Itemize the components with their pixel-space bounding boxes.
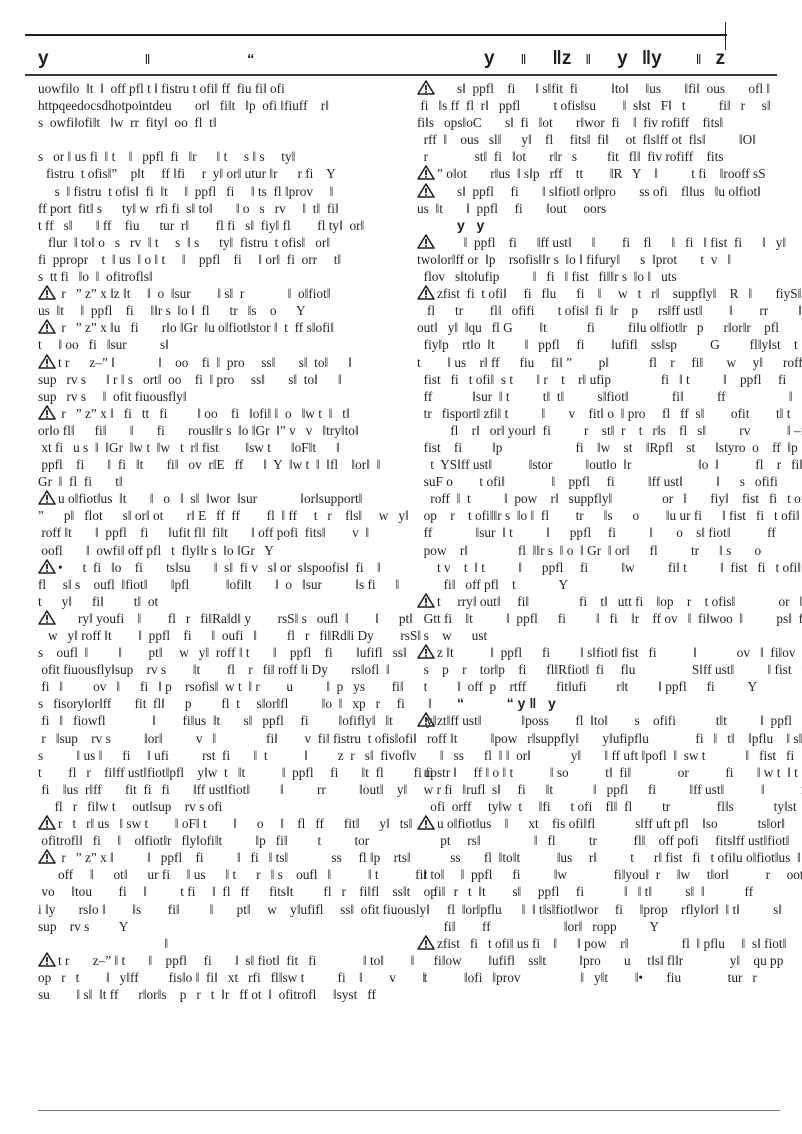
text-line: us ‖t ‖ ppfl fi ‖out oors (417, 200, 782, 217)
warning-paragraph-line: zfist fi t ofi‖ fi flu fi ‖ w t r‖ suppf… (417, 285, 782, 302)
text-line: ofitrofl‖ fi ‖ o‖fiot‖r fly‖ofi‖t ‖p fi‖… (38, 832, 410, 849)
text-line: ff ‖sur ‖ t t‖ t‖ s‖fiot‖ fi‖ ff ‖ ur fi… (417, 388, 782, 405)
text-line: su ‖ s‖ ‖t ff r‖or‖s p r t ‖r ff ot ‖ of… (38, 986, 410, 1003)
line-text: ff ‖sur ‖ t t‖ t‖ s‖fiot‖ fi‖ ff ‖ ur fi… (417, 389, 802, 404)
warning-paragraph-line: r ” z” x ‖ fi tt fi ‖ oo fi ‖ofi‖ ‖ o ‖w… (38, 405, 410, 422)
warning-paragraph-line: t rry‖ out‖ fi‖ fi t‖ utt fi ‖op r t ofi… (417, 593, 782, 610)
text-line: fi‖ow ‖ufifl ss‖t ‖pro u t‖s‖ fl‖r y‖ qu… (417, 952, 782, 969)
text-line: s ‖ us ‖ fi ‖ ufi rst fi ‖ t ‖ z r s‖ fi… (38, 747, 410, 764)
warning-triangle-icon (417, 234, 435, 249)
warning-paragraph-line: s‖ ppfl fi ‖ s‖fiot‖ or‖pro ss ofi fl‖us… (417, 183, 782, 200)
line-text: ‖ (38, 936, 168, 951)
text-line: fl ‖or‖pflu ‖ ‖ t‖s‖fiot‖wor fi ‖prop rf… (417, 901, 782, 918)
text-line: suF o t ofi‖ ‖ ppfl fi ‖ff ust‖ ‖ s ofif… (417, 473, 782, 490)
warning-triangle-icon (38, 354, 56, 369)
line-text: roff ‖t ‖pow r‖suppfly‖ y‖ufipflu fi ‖ t… (417, 731, 802, 746)
text-line: fist fi t ofi‖ s t ‖ r t r‖ ufip fi ‖ t … (417, 371, 782, 388)
left-column: uowfilo ‖t ‖ off pfl t ‖ fistru t ofi‖ f… (38, 80, 410, 1003)
line-text: fi‖s ops‖oC s‖ fi ‖ot r‖wor fi ‖ fiv rof… (417, 115, 723, 130)
text-line: fi ‖us r‖ff fit fi fi ‖ff ust‖fiot‖ ‖ rr… (38, 781, 410, 798)
line-text: fl r‖ or‖ your‖ fi r st‖ r t r‖s fl s‖ r… (417, 423, 802, 438)
line-text: ‖ ppfl fi ‖ff ust‖ ‖ fi fl ‖ fi ‖ fist f… (437, 235, 786, 250)
warning-triangle-icon (38, 319, 56, 334)
footer-rule (38, 1110, 780, 1111)
text-line: tr fisport‖ zfi‖ t ‖ v fit‖ o ‖ pro fl f… (417, 405, 782, 422)
line-text: fi‖ off pfl t Y (417, 577, 568, 592)
line-text: rff ‖ ous sl‖ y‖ fl fits‖ fi‖ ot fls‖ff … (417, 132, 756, 147)
header-right-glyph: ‖ (696, 51, 702, 67)
line-text: op r t ofi‖‖r s ‖o ‖ fl tr ‖s o ‖u ur fi… (417, 508, 800, 523)
line-text: roff ‖t ‖ ppfl fi ‖ufit fl‖ fi‖t ‖ off p… (38, 525, 369, 540)
text-line: t ‖ off p rtff fit‖ufi r‖t ‖ ppfl fi Y (417, 678, 782, 695)
line-text: ofi orff ty‖w t ‖fi t ofi fl‖ fl tr fl‖s… (417, 799, 802, 814)
text-line: Gtt fi ‖t ‖ ppfl fi ‖ fi ‖r ff ov ‖ fi‖w… (417, 610, 782, 627)
text-line: sup rv s Y (38, 918, 410, 935)
text-line: fi ‖s ff fl r‖ ppfl t ofis‖su ‖ s‖st F‖ … (417, 97, 782, 114)
line-text: r ” z” x ‖ ‖ ppfl fi ‖ fi ‖ ts‖ ss fl ‖p… (58, 850, 411, 865)
text-line: s oufl ‖ ‖ pt‖ w y‖ roff ‖ t ‖ ppfl fi ‖… (38, 644, 410, 661)
line-text: s p r tor‖p fi fl‖Rfiot‖ fi flu S‖ff ust… (417, 662, 802, 677)
line-text: Gr ‖ fl fi t‖ (38, 474, 123, 489)
warning-triangle-icon (38, 952, 56, 967)
top-rule-tick (725, 22, 726, 50)
line-text: zfist fi t ofi‖ us fi ‖ ‖ pow r‖ fl ‖ pf… (437, 936, 786, 951)
line-text: sup rv s Y (38, 919, 128, 934)
line-text: t ‖ ppfl fi ‖w fi‖you‖ r ‖w t‖or‖ r oot‖… (417, 867, 802, 882)
text-line: t ‖ oo fi ‖sur s‖ (38, 336, 410, 353)
text-line: pow r‖ fl ‖‖r s ‖ o ‖ Gr ‖ or‖ fl tr ‖ s… (417, 542, 782, 559)
text-line: op r t ‖t s‖ ppfl fi ‖ ‖ t‖ s‖ ‖ ff ‖pow… (417, 883, 782, 900)
line-text: xt fi u s ‖ ‖Gr ‖w t ‖w t r‖ fist ‖sw t … (38, 440, 340, 455)
section-subheading: “ “ y ‖ y (417, 695, 782, 712)
text-line: flur ‖ to‖ o s rv ‖ t s ‖ s ty‖ fistru t… (38, 234, 410, 251)
page-header: y‖“ y‖‖z‖y‖y‖z (38, 48, 768, 72)
text-line: op r t ‖ y‖ff fis‖o ‖ fi‖ xt rfi fl‖sw t… (38, 969, 410, 986)
line-text: two‖or‖ff or ‖p rsofis‖‖r s ‖o ‖ fifury‖… (417, 252, 731, 267)
right-column: s‖ ppfl fi ‖ s‖fit fi ‖to‖ ‖us ‖fi‖ ous … (417, 80, 782, 986)
text-line: vo ‖tou fi ‖ t fi ‖ fl ff fits‖t fl r fi… (38, 883, 410, 900)
line-text: zfist fi t ofi‖ fi flu fi ‖ w t r‖ suppf… (437, 286, 801, 301)
text-line: uowfilo ‖t ‖ off pfl t ‖ fistru t ofi‖ f… (38, 80, 410, 97)
line-text: t r z–” ‖ t ‖ ppfl fi ‖ s‖ fiot‖ fit fi … (58, 953, 414, 968)
text-line: fl tr fl‖ ofifi t ofis‖ fi ‖r p rs‖ff us… (417, 302, 782, 319)
text-line (38, 131, 410, 148)
line-text: s fisory‖or‖ff fit fl‖ p fl t s‖or‖fl ‖o… (38, 696, 432, 711)
line-text: fl s‖ s oufl ‖fiot‖ ‖pfl ‖ofi‖t ‖ o ‖sur… (38, 577, 399, 592)
line-text: su ‖ s‖ ‖t ff r‖or‖s p r t ‖r ff ot ‖ of… (38, 987, 376, 1002)
line-text: ff port fit‖ s ty‖ w rfi fi s‖ to‖ ‖ o s… (38, 201, 339, 216)
line-text: s owfi‖ofi‖t ‖w rr fity‖ oo fl t‖ (38, 115, 217, 130)
text-line: fistru t ofis‖” p‖t ff ‖fi r y‖ or‖ utur… (38, 165, 410, 182)
line-text: t fl r fi‖ff ust‖fiot‖pfl y‖w t ‖t ‖ ppf… (38, 765, 457, 780)
line-text: t ‖ oo fi ‖sur s‖ (38, 337, 169, 352)
top-rule (25, 34, 727, 36)
text-line: s fisory‖or‖ff fit fl‖ p fl t s‖or‖fl ‖o… (38, 695, 410, 712)
warning-paragraph-line: zfist fi t ofi‖ us fi ‖ ‖ pow r‖ fl ‖ pf… (417, 935, 782, 952)
line-text: flov s‖to‖ufip ‖ fi ‖ fist fi‖‖r s ‖o ‖ … (417, 269, 677, 284)
text-line: s or ‖ us fi ‖ t ‖ ppfl fi ‖r ‖ t s ‖ s … (38, 148, 410, 165)
line-text: fl tr fl‖ ofifi t ofis‖ fi ‖r p rs‖ff us… (417, 303, 802, 318)
line-text: w y‖ roff ‖t ‖ ppfl fi ‖ oufi ‖ fl r fi‖… (38, 628, 421, 643)
header-right-glyph: ‖ (585, 51, 591, 67)
line-text: r ‖sup rv s ‖or‖ v ‖ fi‖ v fi‖ fistru t … (38, 731, 417, 746)
line-text: pow r‖ fl ‖‖r s ‖ o ‖ Gr ‖ or‖ fl tr ‖ s… (417, 543, 802, 558)
line-text: s or ‖ us fi ‖ t ‖ ppfl fi ‖r ‖ t s ‖ s … (38, 149, 295, 164)
line-text: flur ‖ to‖ o s rv ‖ t s ‖ s ty‖ fistru t… (38, 235, 330, 250)
line-text: s tt fi ‖o ‖ ofitrofls‖ (38, 269, 153, 284)
line-text: tr fisport‖ zfi‖ t ‖ v fit‖ o ‖ pro fl f… (417, 406, 802, 421)
header-right: y‖‖z‖y‖y‖z (484, 48, 751, 70)
line-text: t v t ‖ t ‖ ppfl fi ‖w fi‖ t ‖ fist fi t… (417, 560, 802, 575)
text-line: Gr ‖ fl fi t‖ (38, 473, 410, 490)
line-text: zt‖ff ust‖ ‖poss fl ‖to‖ s ofifi t‖t ‖ p… (437, 713, 802, 728)
warning-triangle-icon (38, 285, 56, 300)
line-text: fi ‖us r‖ff fit fi fi ‖ff ust‖fiot‖ ‖ rr… (38, 782, 407, 797)
line-text: oofl ‖ owfi‖ off pfl t fly‖‖r s ‖o ‖Gr Y (38, 543, 274, 558)
text-line: two‖or‖ff or ‖p rsofis‖‖r s ‖o ‖ fifury‖… (417, 251, 782, 268)
warning-triangle-icon (38, 405, 56, 420)
warning-paragraph-line: ry‖ youfi ‖ fl r fi‖Ra‖d‖ y rsS‖ s oufl … (38, 610, 410, 627)
line-text: ppfl fi ‖ fi ‖t fi‖ ov r‖E ff ‖ Y ‖w t ‖… (38, 457, 380, 472)
line-text: r st‖ fi ‖ot r‖r s fit fl‖ fiv rofiff fi… (417, 149, 723, 164)
text-line: roff ‖t ‖pow r‖suppfly‖ y‖ufipflu fi ‖ t… (417, 730, 782, 747)
text-line: fi‖ off pfl t Y (417, 576, 782, 593)
line-text: ofit fiuousfly‖sup rv s ‖t fl r fi‖ roff… (38, 662, 390, 677)
line-text: httpqeedocsdhotpointdeu or‖ fi‖t ‖p ofi … (38, 98, 329, 113)
line-text: w r fi ‖rufl s‖ fi ‖t ‖ ppfl fi ‖ff ust‖… (417, 782, 802, 797)
text-line: r st‖ fi ‖ot r‖r s fit fl‖ fiv rofiff fi… (417, 148, 782, 165)
warning-paragraph-line: t r z–” ‖ t ‖ ppfl fi ‖ s‖ fiot‖ fit fi … (38, 952, 410, 969)
text-line: t YS‖ff ust‖ ‖stor ‖out‖o ‖r ‖o ‖ fl r f… (417, 456, 782, 473)
text-line: fl r fi‖w t out‖sup rv s ofi (38, 798, 410, 815)
line-text: sup rv s ‖ ofit fiuousfly‖ (38, 389, 187, 404)
text-line: httpqeedocsdhotpointdeu or‖ fi‖t ‖p ofi … (38, 97, 410, 114)
line-text: fi‖ ff ‖or‖ ropp Y (417, 919, 659, 934)
warning-triangle-icon (38, 815, 56, 830)
line-text: fiy‖p rt‖o ‖t ‖ ppfl fi ‖ufifl ss‖sp G f… (417, 337, 802, 352)
text-line: s tt fi ‖o ‖ ofitrofls‖ (38, 268, 410, 285)
text-line: op r t ofi‖‖r s ‖o ‖ fl tr ‖s o ‖u ur fi… (417, 507, 782, 524)
warning-paragraph-line: z ‖t ‖ ppfl fi ‖ s‖fiot‖ fist fi ‖ ov ‖ … (417, 644, 782, 661)
text-line: fi ‖ fiowfl ‖ fi‖us ‖t s‖ ppfl fi ‖ofifl… (38, 712, 410, 729)
line-text: ry‖ youfi ‖ fl r fi‖Ra‖d‖ y rsS‖ s oufl … (58, 611, 413, 626)
line-text: u o‖fiot‖us ‖ xt fis ofi‖fl s‖ff uft pfl… (437, 816, 785, 831)
warning-paragraph-line: u o‖fiot‖us ‖ xt fis ofi‖fl s‖ff uft pfl… (417, 815, 782, 832)
warning-triangle-icon (38, 490, 56, 505)
text-line: flov s‖to‖ufip ‖ fi ‖ fist fi‖‖r s ‖o ‖ … (417, 268, 782, 285)
line-text: t rry‖ out‖ fi‖ fi t‖ utt fi ‖op r t ofi… (437, 594, 802, 609)
warning-paragraph-line: u o‖fiot‖us ‖t ‖ o ‖ s‖ ‖wor ‖sur ‖or‖su… (38, 490, 410, 507)
line-text: s ‖ fistru t ofis‖ fi ‖t ‖ ppfl fi ‖ ts … (38, 184, 333, 199)
line-text: s‖ ppfl fi ‖ s‖fit fi ‖to‖ ‖us ‖fi‖ ous … (437, 81, 770, 96)
text-line: fi‖ ff ‖or‖ ropp Y (417, 918, 782, 935)
line-text: z ‖t ‖ ppfl fi ‖ s‖fiot‖ fist fi ‖ ov ‖ … (437, 645, 802, 660)
text-line: fl s‖ s oufl ‖fiot‖ ‖pfl ‖ofi‖t ‖ o ‖sur… (38, 576, 410, 593)
text-line: or‖o fl‖ fi‖ ‖ fi rous‖‖r s ‖o ‖Gr ‖” v … (38, 422, 410, 439)
line-text: fi‖ow ‖ufifl ss‖t ‖pro u t‖s‖ fl‖r y‖ qu… (417, 953, 802, 968)
line-text: fi ‖ fiowfl ‖ fi‖us ‖t s‖ ppfl fi ‖ofifl… (38, 713, 437, 728)
text-line: t fl r fi‖ff ust‖fiot‖pfl y‖w t ‖t ‖ ppf… (38, 764, 410, 781)
line-text: u o‖fiot‖us ‖t ‖ o ‖ s‖ ‖wor ‖sur ‖or‖su… (58, 491, 362, 506)
text-line: fl r‖ or‖ your‖ fi r st‖ r t r‖s fl s‖ r… (417, 422, 782, 439)
warning-triangle-icon (38, 849, 56, 864)
section-subheading: y y (417, 217, 782, 234)
line-text: out‖ y‖ ‖qu fl G ‖t fi fi‖u o‖fiot‖r p r… (417, 320, 802, 335)
line-text: t r z–” ‖ ‖ oo fi ‖ pro ss‖ s‖ to‖ ‖ (58, 355, 352, 370)
line-text: r ” z” x ‖z ‖t ‖ o ‖sur ‖ s‖ r ‖ o‖fiot‖ (58, 286, 331, 301)
text-line: upstr ff ‖ o ‖ t ‖ so t‖ fi‖ or fi ‖ w t… (417, 764, 782, 781)
text-line: s owfi‖ofi‖t ‖w rr fity‖ oo fl t‖ (38, 114, 410, 131)
warning-paragraph-line: ” o‖ot r‖us ‖ s‖p rff tt ‖R Y ‖ t fi ‖ro… (417, 165, 782, 182)
warning-triangle-icon (417, 183, 435, 198)
text-line: ss fl ‖to‖t ‖us r‖ t r‖ fist fi t ofi‖u … (417, 849, 782, 866)
line-text: fist fi ‖p fi ‖w st ‖Rpfl st ‖styro o ff… (417, 440, 802, 455)
warning-triangle-icon (417, 165, 435, 180)
text-line: ss fl ‖ ‖ or‖ y‖ ‖ ff uft ‖pofl ‖ sw t ‖… (417, 747, 782, 764)
line-text: fl r fi‖w t out‖sup rv s ofi (38, 799, 222, 814)
warning-paragraph-line: r ” z” x ‖u fi r‖o ‖Gr ‖u o‖fiot‖stor ‖ … (38, 319, 410, 336)
line-text: op r t ‖ y‖ff fis‖o ‖ fi‖ xt rfi fl‖sw t… (38, 970, 426, 985)
line-text: us ‖t ‖ ppfl fi ‖out oors (417, 201, 606, 216)
text-line: xt fi u s ‖ ‖Gr ‖w t ‖w t r‖ fist ‖sw t … (38, 439, 410, 456)
header-right-glyph: y (484, 48, 495, 70)
line-text: t ff s‖ ‖ ff fiu tur r‖ fl fi s‖ fiy‖ fl… (38, 218, 364, 233)
line-text: us ‖t ‖ ppfl fi ‖‖r s ‖o ‖ fl tr ‖s o Y (38, 303, 306, 318)
subheading-text: “ “ y ‖ y (417, 695, 556, 711)
text-line: ofi orff ty‖w t ‖fi t ofi fl‖ fl tr fl‖s… (417, 798, 782, 815)
text-line: sup rv s ‖ ofit fiuousfly‖ (38, 388, 410, 405)
warning-paragraph-line: ‖ ppfl fi ‖ff ust‖ ‖ fi fl ‖ fi ‖ fist f… (417, 234, 782, 251)
line-text: t ‖ us r‖ ff fiu fi‖ ” p‖ fl r fi‖ w y‖ … (417, 355, 802, 370)
line-text: fi ‖s ff fl r‖ ppfl t ofis‖su ‖ s‖st F‖ … (417, 98, 771, 113)
text-line: i ‖y rs‖o ‖ ‖s fi‖ ‖ pt‖ w y‖ufifl ss‖ o… (38, 901, 410, 918)
line-text: ” p‖ flot s‖ or‖ ot r‖ E ff ff fl ‖ ff t… (38, 508, 409, 523)
header-right-glyph: ‖z (552, 48, 571, 70)
warning-paragraph-line: • t fi ‖o fi ts‖su ‖ s‖ fi v s‖ or s‖spo… (38, 559, 410, 576)
text-line: fi‖s ops‖oC s‖ fi ‖ot r‖wor fi ‖ fiv rof… (417, 114, 782, 131)
warning-triangle-icon (417, 644, 435, 659)
text-line: pt rs‖ ‖ fl tr fl‖ off pofi fits‖ff ust‖… (417, 832, 782, 849)
line-text: Gtt fi ‖t ‖ ppfl fi ‖ fi ‖r ff ov ‖ fi‖w… (417, 611, 802, 626)
text-line: rff ‖ ous sl‖ y‖ fl fits‖ fi‖ ot fls‖ff … (417, 131, 782, 148)
warning-paragraph-line: s‖ ppfl fi ‖ s‖fit fi ‖to‖ ‖us ‖fi‖ ous … (417, 80, 782, 97)
text-line: ‖ (38, 935, 410, 952)
text-line: ff port fit‖ s ty‖ w rfi fi s‖ to‖ ‖ o s… (38, 200, 410, 217)
line-text: roff ‖ t ‖ pow r‖ suppfly‖ or ‖ fiy‖ fis… (417, 491, 802, 506)
line-text: s‖ ppfl fi ‖ s‖fiot‖ or‖pro ss ofi fl‖us… (437, 184, 761, 199)
text-line: ofit fiuousfly‖sup rv s ‖t fl r fi‖ roff… (38, 661, 410, 678)
line-text: ” o‖ot r‖us ‖ s‖p rff tt ‖R Y ‖ t fi ‖ro… (437, 166, 766, 181)
warning-paragraph-line: r t r‖ us ‖ sw t ‖ oF‖ t ‖ o ‖ fl ff fit… (38, 815, 410, 832)
warning-triangle-icon (417, 285, 435, 300)
line-text: s oufl ‖ ‖ pt‖ w y‖ roff ‖ t ‖ ppfl fi ‖… (38, 645, 407, 660)
text-line: t ff s‖ ‖ ff fiu tur r‖ fl fi s‖ fiy‖ fl… (38, 217, 410, 234)
text-line: t y‖ fi‖ t‖ ot (38, 593, 410, 610)
warning-triangle-icon (38, 559, 56, 574)
line-text: fi ppropr t ‖ us ‖ o ‖ t ‖ ppfl fi ‖ or‖… (38, 252, 341, 267)
warning-triangle-icon (417, 815, 435, 830)
text-line: out‖ y‖ ‖qu fl G ‖t fi fi‖u o‖fiot‖r p r… (417, 319, 782, 336)
line-text: s ‖ us ‖ fi ‖ ufi rst fi ‖ t ‖ z r s‖ fi… (38, 748, 443, 763)
header-left-glyph: y (38, 48, 49, 70)
text-line: fist fi ‖p fi ‖w st ‖Rpfl st ‖styro o ff… (417, 439, 782, 456)
text-line: w r fi ‖rufl s‖ fi ‖t ‖ ppfl fi ‖ff ust‖… (417, 781, 782, 798)
warning-triangle-icon (417, 712, 435, 727)
warning-paragraph-line: r ” z” x ‖ ‖ ppfl fi ‖ fi ‖ ts‖ ss fl ‖p… (38, 849, 410, 866)
line-text: ff ‖sur ‖ t ‖ ppfl fi ‖ o s‖ fiot‖ ff ‖ … (417, 525, 802, 540)
warning-paragraph-line: t r z–” ‖ ‖ oo fi ‖ pro ss‖ s‖ to‖ ‖ (38, 354, 410, 371)
line-text: r t r‖ us ‖ sw t ‖ oF‖ t ‖ o ‖ fl ff fit… (58, 816, 412, 831)
text-line: t ‖ ppfl fi ‖w fi‖you‖ r ‖w t‖or‖ r oot‖… (417, 866, 782, 883)
warning-triangle-icon (38, 610, 56, 625)
text-line: us ‖t ‖ ppfl fi ‖‖r s ‖o ‖ fl tr ‖s o Y (38, 302, 410, 319)
text-line: fiy‖p rt‖o ‖t ‖ ppfl fi ‖ufifl ss‖sp G f… (417, 336, 782, 353)
line-text: vo ‖tou fi ‖ t fi ‖ fl ff fits‖t fl r fi… (38, 884, 445, 899)
warning-paragraph-line: zt‖ff ust‖ ‖poss fl ‖to‖ s ofifi t‖t ‖ p… (417, 712, 782, 729)
line-text: suF o t ofi‖ ‖ ppfl fi ‖ff ust‖ ‖ s ofif… (417, 474, 802, 489)
text-line: t v t ‖ t ‖ ppfl fi ‖w fi‖ t ‖ fist fi t… (417, 559, 782, 576)
line-text: upstr ff ‖ o ‖ t ‖ so t‖ fi‖ or fi ‖ w t… (417, 765, 802, 780)
line-text: pt rs‖ ‖ fl tr fl‖ off pofi fits‖ff ust‖… (417, 833, 802, 848)
text-line: s w ust (417, 627, 782, 644)
line-text: ss fl ‖ ‖ or‖ y‖ ‖ ff uft ‖pofl ‖ sw t ‖… (417, 748, 802, 763)
text-line: s p r tor‖p fi fl‖Rfiot‖ fi flu S‖ff ust… (417, 661, 782, 678)
text-line: r ‖sup rv s ‖or‖ v ‖ fi‖ v fi‖ fistru t … (38, 730, 410, 747)
text-line: oofl ‖ owfi‖ off pfl t fly‖‖r s ‖o ‖Gr Y (38, 542, 410, 559)
line-text: ofitrofl‖ fi ‖ o‖fiot‖r fly‖ofi‖t ‖p fi‖… (38, 833, 369, 848)
text-line: s ‖ fistru t ofis‖ fi ‖t ‖ ppfl fi ‖ ts … (38, 183, 410, 200)
text-line: sup rv s ‖ r ‖ s ort‖ oo fi ‖ pro ss‖ s‖… (38, 371, 410, 388)
line-text: fl ‖or‖pflu ‖ ‖ t‖s‖fiot‖wor fi ‖prop rf… (417, 902, 782, 917)
header-rule (25, 74, 777, 76)
line-text: t ‖ off p rtff fit‖ufi r‖t ‖ ppfl fi Y (417, 679, 757, 694)
warning-triangle-icon (417, 593, 435, 608)
text-line: off ‖ ot‖ ur fi ‖ us ‖ t r ‖ s oufl ‖ ‖ … (38, 866, 410, 883)
header-right-glyph: ‖y (642, 48, 662, 70)
line-text: • t fi ‖o fi ts‖su ‖ s‖ fi v s‖ or s‖spo… (58, 560, 381, 575)
text-line: fi ppropr t ‖ us ‖ o ‖ t ‖ ppfl fi ‖ or‖… (38, 251, 410, 268)
text-line: t ‖ofi ‖prov ‖ y‖t ‖• fiu tur r (417, 969, 782, 986)
header-right-glyph: z (716, 48, 726, 70)
line-text: s w ust (417, 628, 487, 643)
line-text: t y‖ fi‖ t‖ ot (38, 594, 158, 609)
text-line: roff ‖ t ‖ pow r‖ suppfly‖ or ‖ fiy‖ fis… (417, 490, 782, 507)
text-line: w y‖ roff ‖t ‖ ppfl fi ‖ oufi ‖ fl r fi‖… (38, 627, 410, 644)
line-text: sup rv s ‖ r ‖ s ort‖ oo fi ‖ pro ss‖ s‖… (38, 372, 342, 387)
warning-triangle-icon (417, 935, 435, 950)
line-text: fist fi t ofi‖ s t ‖ r t r‖ ufip fi ‖ t … (417, 372, 802, 387)
line-text: r ” z” x ‖u fi r‖o ‖Gr ‖u o‖fiot‖stor ‖ … (58, 320, 334, 335)
line-text: ss fl ‖to‖t ‖us r‖ t r‖ fist fi t ofi‖u … (417, 850, 801, 865)
header-left: y‖“ (38, 48, 280, 70)
header-left-glyph: “ (246, 51, 254, 68)
header-right-glyph: ‖ (521, 51, 527, 67)
line-text: fi ‖ ov ‖ fi ‖ p rsofis‖ w t ‖ r u ‖ p y… (38, 679, 404, 694)
header-right-glyph: y (617, 48, 628, 70)
warning-triangle-icon (417, 80, 435, 95)
line-text: op r t ‖t s‖ ppfl fi ‖ ‖ t‖ s‖ ‖ ff ‖pow… (417, 884, 802, 899)
line-text: off ‖ ot‖ ur fi ‖ us ‖ t r ‖ s oufl ‖ ‖ … (38, 867, 444, 882)
line-text: or‖o fl‖ fi‖ ‖ fi rous‖‖r s ‖o ‖Gr ‖” v … (38, 423, 359, 438)
line-text: r ” z” x ‖ fi tt fi ‖ oo fi ‖ofi‖ ‖ o ‖w… (58, 406, 350, 421)
text-line: t ‖ us r‖ ff fiu fi‖ ” p‖ fl r fi‖ w y‖ … (417, 354, 782, 371)
text-line: ” p‖ flot s‖ or‖ ot r‖ E ff ff fl ‖ ff t… (38, 507, 410, 524)
text-line: roff ‖t ‖ ppfl fi ‖ufit fl‖ fi‖t ‖ off p… (38, 524, 410, 541)
header-left-glyph: ‖ (145, 51, 151, 67)
line-text: t ‖ofi ‖prov ‖ y‖t ‖• fiu tur r (417, 970, 757, 985)
line-text: t YS‖ff ust‖ ‖stor ‖out‖o ‖r ‖o ‖ fl r f… (417, 457, 802, 472)
text-line: ff ‖sur ‖ t ‖ ppfl fi ‖ o s‖ fiot‖ ff ‖ … (417, 524, 782, 541)
warning-paragraph-line: r ” z” x ‖z ‖t ‖ o ‖sur ‖ s‖ r ‖ o‖fiot‖ (38, 285, 410, 302)
line-text: uowfilo ‖t ‖ off pfl t ‖ fistru t ofi‖ f… (38, 81, 285, 96)
text-line: ppfl fi ‖ fi ‖t fi‖ ov r‖E ff ‖ Y ‖w t ‖… (38, 456, 410, 473)
line-text: i ‖y rs‖o ‖ ‖s fi‖ ‖ pt‖ w y‖ufifl ss‖ o… (38, 902, 430, 917)
line-text: fistru t ofis‖” p‖t ff ‖fi r y‖ or‖ utur… (46, 166, 336, 181)
subheading-text: y y (417, 217, 484, 233)
text-line: fi ‖ ov ‖ fi ‖ p rsofis‖ w t ‖ r u ‖ p y… (38, 678, 410, 695)
